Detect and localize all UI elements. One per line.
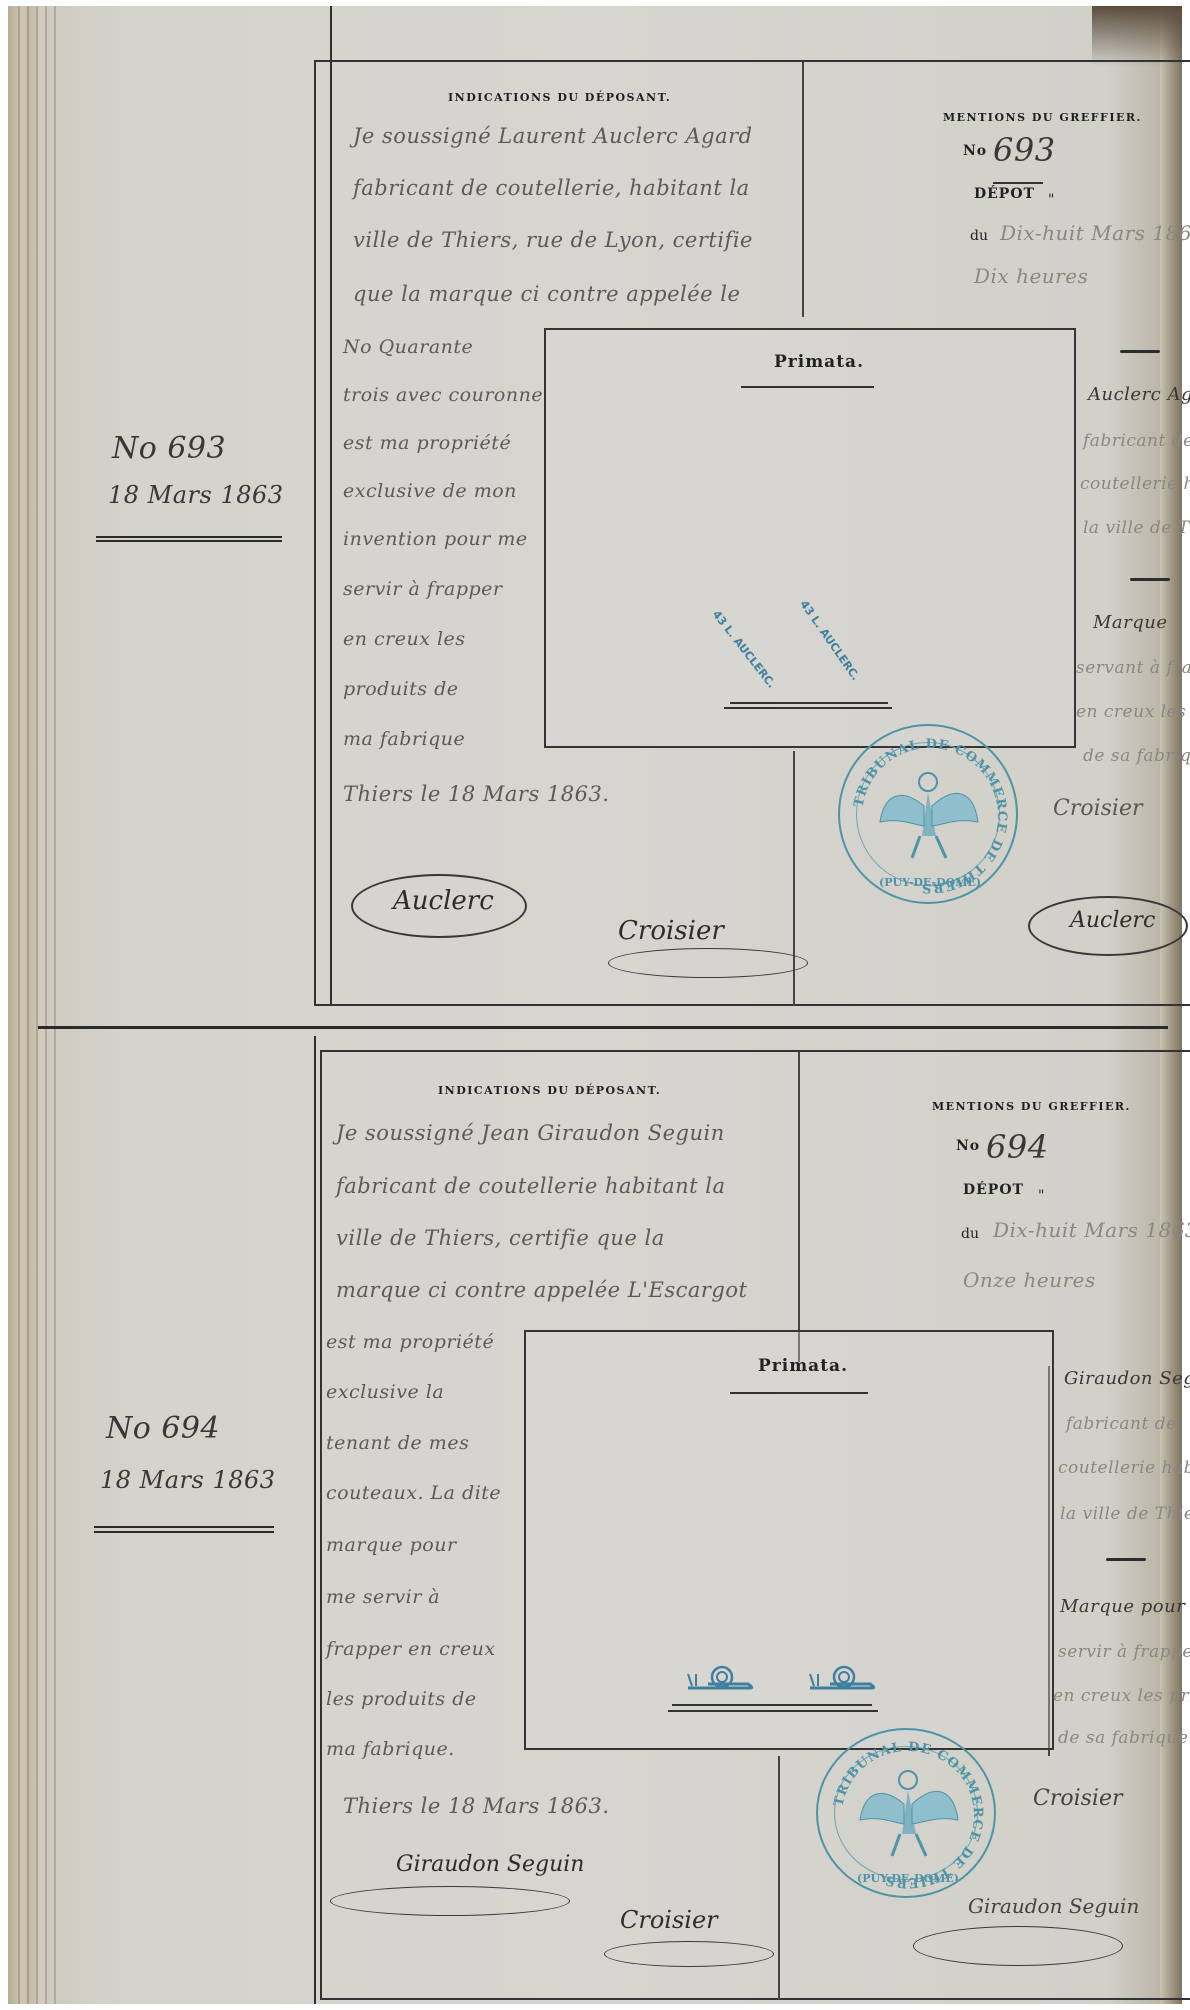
du-label: du [970, 228, 988, 244]
margin-underline [96, 540, 282, 542]
greffier-note: coutellerie habitant [1080, 474, 1190, 494]
greffier-note: Marque pour [1060, 1596, 1185, 1617]
declaration-line: Je soussigné Jean Giraudon Seguin [336, 1121, 725, 1145]
depositor-signature-right: Giraudon Seguin [968, 1894, 1139, 1918]
mark-baseline [730, 702, 888, 704]
eagle-icon: TRIBUNAL DE COMMERCE DE THIERS (PUY-DE-D… [840, 726, 1020, 906]
snail-icon [686, 1664, 756, 1694]
greffier-note: la ville de Thiers [1060, 1504, 1190, 1524]
declaration-line: est ma propriété [343, 432, 511, 454]
declaration-line: que la marque ci contre appelée le [353, 282, 740, 306]
declaration-line: frapper en creux [326, 1638, 496, 1660]
deposit-no-label: No [963, 143, 987, 159]
declaration-line: me servir à [326, 1586, 440, 1608]
note-dash [1106, 1558, 1146, 1561]
margin-underline [94, 1531, 274, 1533]
greffier-note: servir à frapper [1058, 1642, 1190, 1662]
greffier-note: de sa fabrique [1058, 1728, 1188, 1748]
declaration-line: ville de Thiers, certifie que la [336, 1226, 665, 1250]
svg-text:(PUY-DE-DOME): (PUY-DE-DOME) [879, 876, 981, 889]
deposit-date: Dix-huit Mars 1863 [993, 1218, 1190, 1242]
greffier-note: Auclerc Agard [1088, 384, 1190, 405]
declaration-line: exclusive de mon [343, 480, 517, 502]
entry-separator [38, 1026, 1168, 1029]
declaration-line: No Quarante [343, 336, 473, 358]
margin-underline [94, 1526, 274, 1528]
declaration-line: ma fabrique [343, 728, 465, 750]
margin-number: No 693 [112, 431, 226, 466]
declaration-line: exclusive la [326, 1381, 444, 1403]
column-divider [778, 1756, 780, 2000]
depot-label: DÉPOT [974, 186, 1035, 202]
declaration-line: les produits de [326, 1688, 477, 1710]
declaration-line: Je soussigné Laurent Auclerc Agard [353, 124, 753, 148]
declaration-line: marque ci contre appelée L'Escargot [336, 1278, 747, 1302]
page-shadow [1092, 6, 1182, 66]
declaration-line: ma fabrique. [326, 1738, 455, 1760]
column-divider [798, 1052, 800, 1362]
signature-flourish [913, 1926, 1123, 1966]
margin-date: 18 Mars 1863 [108, 481, 284, 509]
tribunal-seal: TRIBUNAL DE COMMERCE DE THIERS (PUY-DE-D… [816, 1728, 996, 1898]
margin-rule-bottom [314, 1036, 316, 2004]
declaration-line: tenant de mes [326, 1432, 469, 1454]
greffier-note: en creux les produits [1076, 702, 1190, 722]
declaration-place-date: Thiers le 18 Mars 1863. [343, 782, 610, 806]
declaration-line: invention pour me [343, 528, 528, 550]
deposit-number: 693 [993, 131, 1056, 169]
depositor-signature-right: Auclerc [1070, 908, 1155, 933]
depot-label: DÉPOT [963, 1182, 1024, 1198]
mark-baseline [668, 1710, 878, 1712]
declaration-line: en creux les [343, 628, 466, 650]
depositor-header: INDICATIONS DU DÉPOSANT. [448, 91, 671, 104]
greffier-signature: Croisier [618, 916, 724, 946]
declaration-line: est ma propriété [326, 1331, 494, 1353]
greffier-signature: Croisier [620, 1906, 718, 1934]
declaration-line: couteaux. La dite [326, 1482, 501, 1504]
declaration-line: servir à frapper [343, 578, 502, 600]
declaration-line: produits de [343, 678, 459, 700]
signature-flourish [604, 1941, 774, 1967]
column-divider [802, 62, 804, 317]
margin-underline [96, 536, 282, 538]
margin-number: No 694 [106, 1411, 220, 1446]
greffier-signature-right: Croisier [1033, 1786, 1123, 1811]
margin-date: 18 Mars 1863 [100, 1466, 276, 1494]
mark-title: Primata. [774, 352, 864, 372]
declaration-line: fabricant de coutellerie, habitant la [353, 176, 750, 200]
mark-baseline [724, 707, 892, 709]
greffier-note: la ville de Thiers [1083, 518, 1190, 538]
signature-flourish [608, 948, 808, 978]
greffier-note: de sa fabrique [1083, 746, 1190, 766]
declaration-line: ville de Thiers, rue de Lyon, certifie [353, 228, 753, 252]
mark-box [544, 328, 1076, 748]
greffier-header: MENTIONS DU GREFFIER. [932, 1100, 1131, 1113]
depositor-signature: Giraudon Seguin [396, 1852, 584, 1877]
deposit-time: Dix heures [974, 264, 1088, 288]
mark-title-underline [741, 386, 874, 388]
declaration-line: marque pour [326, 1534, 457, 1556]
svg-text:(PUY-DE-DOME): (PUY-DE-DOME) [857, 1872, 959, 1885]
greffier-note: servant à frapper [1076, 658, 1190, 678]
note-dash [1130, 578, 1170, 581]
tribunal-seal: TRIBUNAL DE COMMERCE DE THIERS (PUY-DE-D… [838, 724, 1018, 904]
declaration-line: trois avec couronne [343, 384, 543, 406]
greffier-note: fabricant de [1083, 431, 1190, 451]
snail-icon [808, 1664, 878, 1694]
greffier-note: en creux les produits [1053, 1686, 1190, 1706]
greffier-note: Marque [1093, 612, 1168, 633]
depot-ditto: " [1048, 192, 1054, 208]
eagle-icon: TRIBUNAL DE COMMERCE DE THIERS (PUY-DE-D… [818, 1730, 998, 1900]
depot-ditto: " [1038, 1188, 1044, 1204]
du-label: du [961, 1226, 979, 1242]
deposit-date: Dix-huit Mars 1863 [1000, 221, 1190, 245]
deposit-time: Onze heures [963, 1268, 1096, 1292]
binding-edge [18, 6, 58, 2004]
declaration-line: fabricant de coutellerie habitant la [336, 1174, 726, 1198]
mark-title: Primata. [758, 1356, 848, 1376]
depositor-header: INDICATIONS DU DÉPOSANT. [438, 1084, 661, 1097]
depositor-signature: Auclerc [393, 886, 494, 916]
greffier-note: Giraudon Seguin [1064, 1368, 1190, 1389]
greffier-note: fabricant de [1066, 1414, 1177, 1434]
note-dash [1120, 350, 1160, 353]
ledger-page: No 693 18 Mars 1863 INDICATIONS DU DÉPOS… [8, 6, 1182, 2004]
deposit-no-label: No [956, 1138, 980, 1154]
mark-baseline [672, 1704, 872, 1706]
greffier-signature-right: Croisier [1053, 796, 1143, 821]
greffier-note: coutellerie habitant [1058, 1458, 1190, 1478]
deposit-number-underline [993, 182, 1043, 184]
mark-title-underline [730, 1392, 868, 1394]
greffier-header: MENTIONS DU GREFFIER. [943, 111, 1142, 124]
declaration-place-date: Thiers le 18 Mars 1863. [343, 1794, 610, 1818]
signature-flourish [330, 1886, 570, 1916]
deposit-number: 694 [986, 1128, 1049, 1166]
